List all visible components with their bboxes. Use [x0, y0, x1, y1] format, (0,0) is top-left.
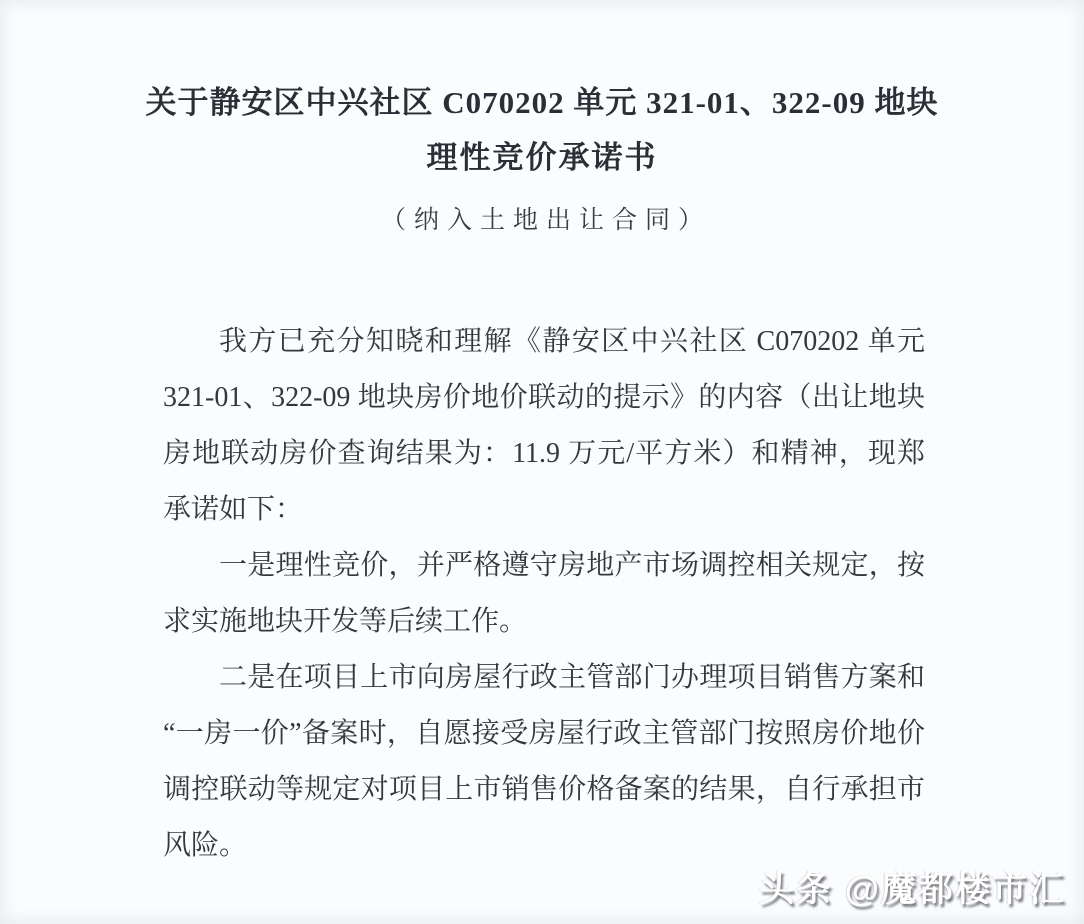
scanned-document-page: 关于静安区中兴社区 C070202 单元 321-01、322-09 地块 理性… — [0, 0, 1084, 924]
document-content: 关于静安区中兴社区 C070202 单元 321-01、322-09 地块 理性… — [0, 0, 1084, 924]
document-title-line-1: 关于静安区中兴社区 C070202 单元 321-01、322-09 地块 — [0, 84, 1084, 122]
body-line: 调控联动等规定对项目上市销售价格备案的结果，自行承担市场 — [163, 762, 925, 818]
document-subtitle: （纳入土地出让合同） — [0, 200, 1084, 236]
document-body: 我方已充分知晓和理解《静安区中兴社区 C070202 单元 321-01、322… — [163, 314, 925, 874]
body-line: 二是在项目上市向房屋行政主管部门办理项目销售方案和 — [163, 650, 925, 706]
body-line: 我方已充分知晓和理解《静安区中兴社区 C070202 单元 — [163, 314, 925, 370]
body-line: 321-01、322-09 地块房价地价联动的提示》的内容（出让地块 — [163, 370, 925, 426]
toutiao-watermark: 头条 @魔都楼市汇 — [759, 862, 1066, 912]
body-line: 一是理性竞价，并严格遵守房地产市场调控相关规定，按要 — [163, 538, 925, 594]
body-line: “一房一价”备案时，自愿接受房屋行政主管部门按照房价地价 — [163, 706, 925, 762]
document-title-line-2: 理性竞价承诺书 — [0, 139, 1084, 177]
body-line: 求实施地块开发等后续工作。 — [163, 594, 925, 650]
body-line: 房地联动房价查询结果为：11.9 万元/平方米）和精神，现郑重 — [163, 426, 925, 482]
body-line: 承诺如下： — [163, 482, 925, 538]
